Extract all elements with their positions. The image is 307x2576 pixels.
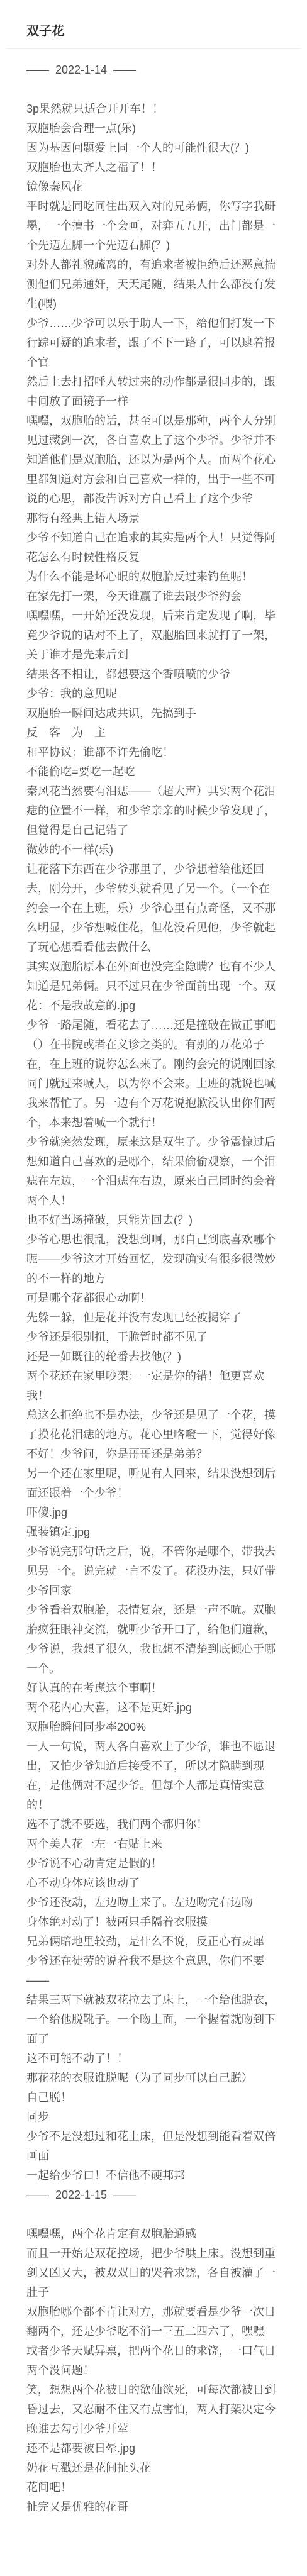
- paragraph: 双胞胎一瞬间达成共识，先搞到手: [26, 704, 281, 723]
- paragraph: 扯完又是优雅的花哥: [26, 2497, 281, 2517]
- paragraph: 这不可能不动了！！: [26, 2049, 281, 2068]
- paragraph: 少爷不知道自己在追求的其实是两个人！只觉得阿花怎么有时候性格反复: [26, 528, 281, 567]
- date-header: —— 2022-1-15 ——: [26, 2185, 281, 2205]
- paragraph: 少爷说不心动肯定是假的！: [26, 1854, 281, 1874]
- paragraph: 两个美人花一左一右贴上来: [26, 1835, 281, 1854]
- paragraph: 嘿嘿嘿，两个花肯定有双胞胎通感: [26, 2224, 281, 2244]
- post-body: —— 2022-1-14 —— 3p果然就只适合开开车！！双胞胎会合理一点(乐)…: [0, 60, 307, 2566]
- paragraph: 先躲一躲，但是花并没有发现已经被揭穿了: [26, 1308, 281, 1328]
- paragraph: 结果各不相让，都想要这个香喷喷的少爷: [26, 665, 281, 684]
- paragraph: 奶花互戳还是花间扯头花: [26, 2458, 281, 2478]
- paragraph: 笑，想想两个花被日的欲仙欲死，可每次都被日到昏过去，又忍耐不住又有点害怕，两人打…: [26, 2380, 281, 2439]
- paragraph: 少爷还在徒劳的说着我不是这个意思，你们不要——: [26, 1951, 281, 1990]
- paragraph: 少爷：我的意见呢: [26, 684, 281, 704]
- paragraph: 和平协议：谁都不许先偷吃！: [26, 743, 281, 762]
- paragraph: 或者少爷天赋异禀，把两个花日的求饶，一口气日两个没问题！: [26, 2341, 281, 2380]
- paragraph: 不能偷吃=要吃一起吃: [26, 762, 281, 782]
- paragraph: 心不动身体应该也动了: [26, 1874, 281, 1893]
- paragraph: 同步: [26, 2107, 281, 2127]
- paragraph: 少爷还是很别扭，干脆暂时都不见了: [26, 1328, 281, 1347]
- paragraph: 在家先打一架，今天谁赢了谁去跟少爷约会: [26, 587, 281, 606]
- paragraph: 两个花内心大喜，这不是更好.jpg: [26, 1698, 281, 1718]
- paragraph: 少爷就突然发现，原来这是双生子。少爷震惊过后想知道自己喜欢的是哪个，结果偷偷观察…: [26, 1133, 281, 1211]
- paragraph: 少爷心思也很乱，没想到啊，那自己到底喜欢哪个呢——少爷这才开始回忆，发现确实有很…: [26, 1230, 281, 1289]
- paragraph: 花间吧！: [26, 2478, 281, 2497]
- paragraph: 还是一如既往的轮番去找他(？): [26, 1347, 281, 1367]
- paragraph: 自己脱！: [26, 2088, 281, 2107]
- paragraph: 镜像秦风花: [26, 177, 281, 197]
- paragraph: 选不了就不要选，我们两个都归你！: [26, 1815, 281, 1835]
- paragraph: 双胞胎瞬间同步率200%: [26, 1718, 281, 1737]
- paragraph: 少爷……少爷可以乐于助人一下，给他们打发一下行踪可疑的追求者，跟了不下一路了，可…: [26, 314, 281, 372]
- paragraph: 身体绝对动了！被两只手隔着衣服摸: [26, 1913, 281, 1932]
- paragraph: 一起给少爷口！不信他不硬邦邦: [26, 2166, 281, 2185]
- paragraph: 两个花还在家里吵架：一定是你的错！他更喜欢我！: [26, 1367, 281, 1406]
- paragraph: 另一个还在家里呢，听见有人回来，结果没想到后面还跟着一个少爷！: [26, 1464, 281, 1503]
- paragraph: 总这么拒绝也不是办法，少爷还是见了一个花，摸了摸花花泪痣的地方。花心里咯噔一下，…: [26, 1406, 281, 1464]
- paragraph: 可是哪个花都很心动啊！: [26, 1289, 281, 1308]
- title-divider: [6, 48, 301, 49]
- paragraph: 结果三两下就被双花拉去了床上，一个给他脱衣，一个给他脱靴子。一个吻上面，一个握着…: [26, 1990, 281, 2049]
- paragraph: 兄弟俩暗地里较劲，是什么不说，反正心有灵犀: [26, 1932, 281, 1951]
- paragraph: 那花花的衣服谁脱呢（为了同步可以自己脱）: [26, 2068, 281, 2088]
- paragraph: 嘿嘿嘿，一开始还没发现，后来肯定发现了啊，毕竟少爷说的话对不上了，双胞胎回来就打…: [26, 606, 281, 665]
- paragraph: 而且一开始是双花控场，把少爷哄上床。没想到重剑又凶又大，被双双日的哭着求饶，各自…: [26, 2244, 281, 2302]
- paragraph: 反 客 为 主: [26, 723, 281, 743]
- paragraph: 一人一句说，两人各自喜欢上了少爷，谁也不愿退出，又怕少爷知道后接受不了，所以才隐…: [26, 1737, 281, 1815]
- diary-section: —— 2022-1-14 —— 3p果然就只适合开开车！！双胞胎会合理一点(乐)…: [26, 60, 281, 2185]
- paragraph: 少爷不是没想过和花上床，但是没想到能看着双倍画面: [26, 2127, 281, 2166]
- paragraph: 也不好当场撞破，只能先回去(？): [26, 1211, 281, 1230]
- paragraph: 少爷看着双胞胎，表情复杂，还是一声不吭。双胞胎疯狂眼神交流，就听少爷开口了，给他…: [26, 1601, 281, 1679]
- paragraph: 平时就是同吃同住出双入对的兄弟俩，你写字我研墨，一个擅书一个会画，对弈五五开，出…: [26, 197, 281, 255]
- paragraph: 为什么不能是坏心眼的双胞胎反过来钓鱼呢！: [26, 567, 281, 587]
- paragraph: 其实双胞胎原本在外面也没完全隐瞒？也有不少人知道是兄弟俩。只不过只在少爷面前出现…: [26, 957, 281, 1016]
- paragraph: 让花落下东西在少爷那里了，少爷想着给他还回去，刚分开，少爷转头就看见了另一个。（…: [26, 860, 281, 957]
- paragraph: 双胞胎也太齐人之福了！！: [26, 158, 281, 177]
- post-title: 双子花: [0, 0, 307, 40]
- diary-section: —— 2022-1-15 —— 嘿嘿嘿，两个花肯定有双胞胎通感而且一开始是双花控…: [26, 2185, 281, 2517]
- paragraph: 那得有经典上错人场景: [26, 509, 281, 528]
- paragraph: 吓傻.jpg: [26, 1503, 281, 1523]
- paragraph: 双胞胎会合理一点(乐): [26, 119, 281, 138]
- paragraph: 少爷还没动，左边吻上来了。左边吻完右边吻: [26, 1893, 281, 1913]
- paragraph: 微妙的不一样(乐): [26, 840, 281, 860]
- paragraph: 少爷一路尾随，看花去了……还是撞破在做正事吧（）在书院或者在义诊之类的。有别的万…: [26, 1016, 281, 1133]
- paragraph: 强装镇定.jpg: [26, 1523, 281, 1542]
- paragraph-list: 3p果然就只适合开开车！！双胞胎会合理一点(乐)因为基因问题爱上同一个人的可能性…: [26, 99, 281, 2185]
- paragraph: 然后上去打招呼人转过来的动作都是很同步的，跟中间放了面镜子一样: [26, 372, 281, 411]
- paragraph-list: 嘿嘿嘿，两个花肯定有双胞胎通感而且一开始是双花控场，把少爷哄上床。没想到重剑又凶…: [26, 2224, 281, 2517]
- paragraph: 对外人都礼貌疏离的，有追求者被拒绝后还恶意揣测他们兄弟通奸，天天尾随，结果人什么…: [26, 255, 281, 314]
- paragraph: 因为基因问题爱上同一个人的可能性很大(？): [26, 138, 281, 158]
- date-header: —— 2022-1-14 ——: [26, 60, 281, 80]
- paragraph: 嘿嘿，双胞胎的话，甚至可以是那种，两个人分别见过藏剑一次，各自喜欢上了这个少爷。…: [26, 411, 281, 509]
- paragraph: 3p果然就只适合开开车！！: [26, 99, 281, 119]
- paragraph: 还不是都要被日晕.jpg: [26, 2439, 281, 2458]
- post-page: 双子花 —— 2022-1-14 —— 3p果然就只适合开开车！！双胞胎会合理一…: [0, 0, 307, 2566]
- paragraph: 少爷说完那句话之后，说，不管你是哪个，带我去见另一个。说完就一言不发了。花没办法…: [26, 1542, 281, 1601]
- paragraph: 好认真的在考虑这个事啊！: [26, 1679, 281, 1698]
- paragraph: 秦风花当然要有泪痣——（超大声）其实两个花泪痣的位置不一样，和少爷亲亲的时候少爷…: [26, 782, 281, 840]
- paragraph: 双胞胎哪个都不肯让对方，那就要看是少爷一次日翻两个，还是少爷吃不消一三五二四六了…: [26, 2302, 281, 2341]
